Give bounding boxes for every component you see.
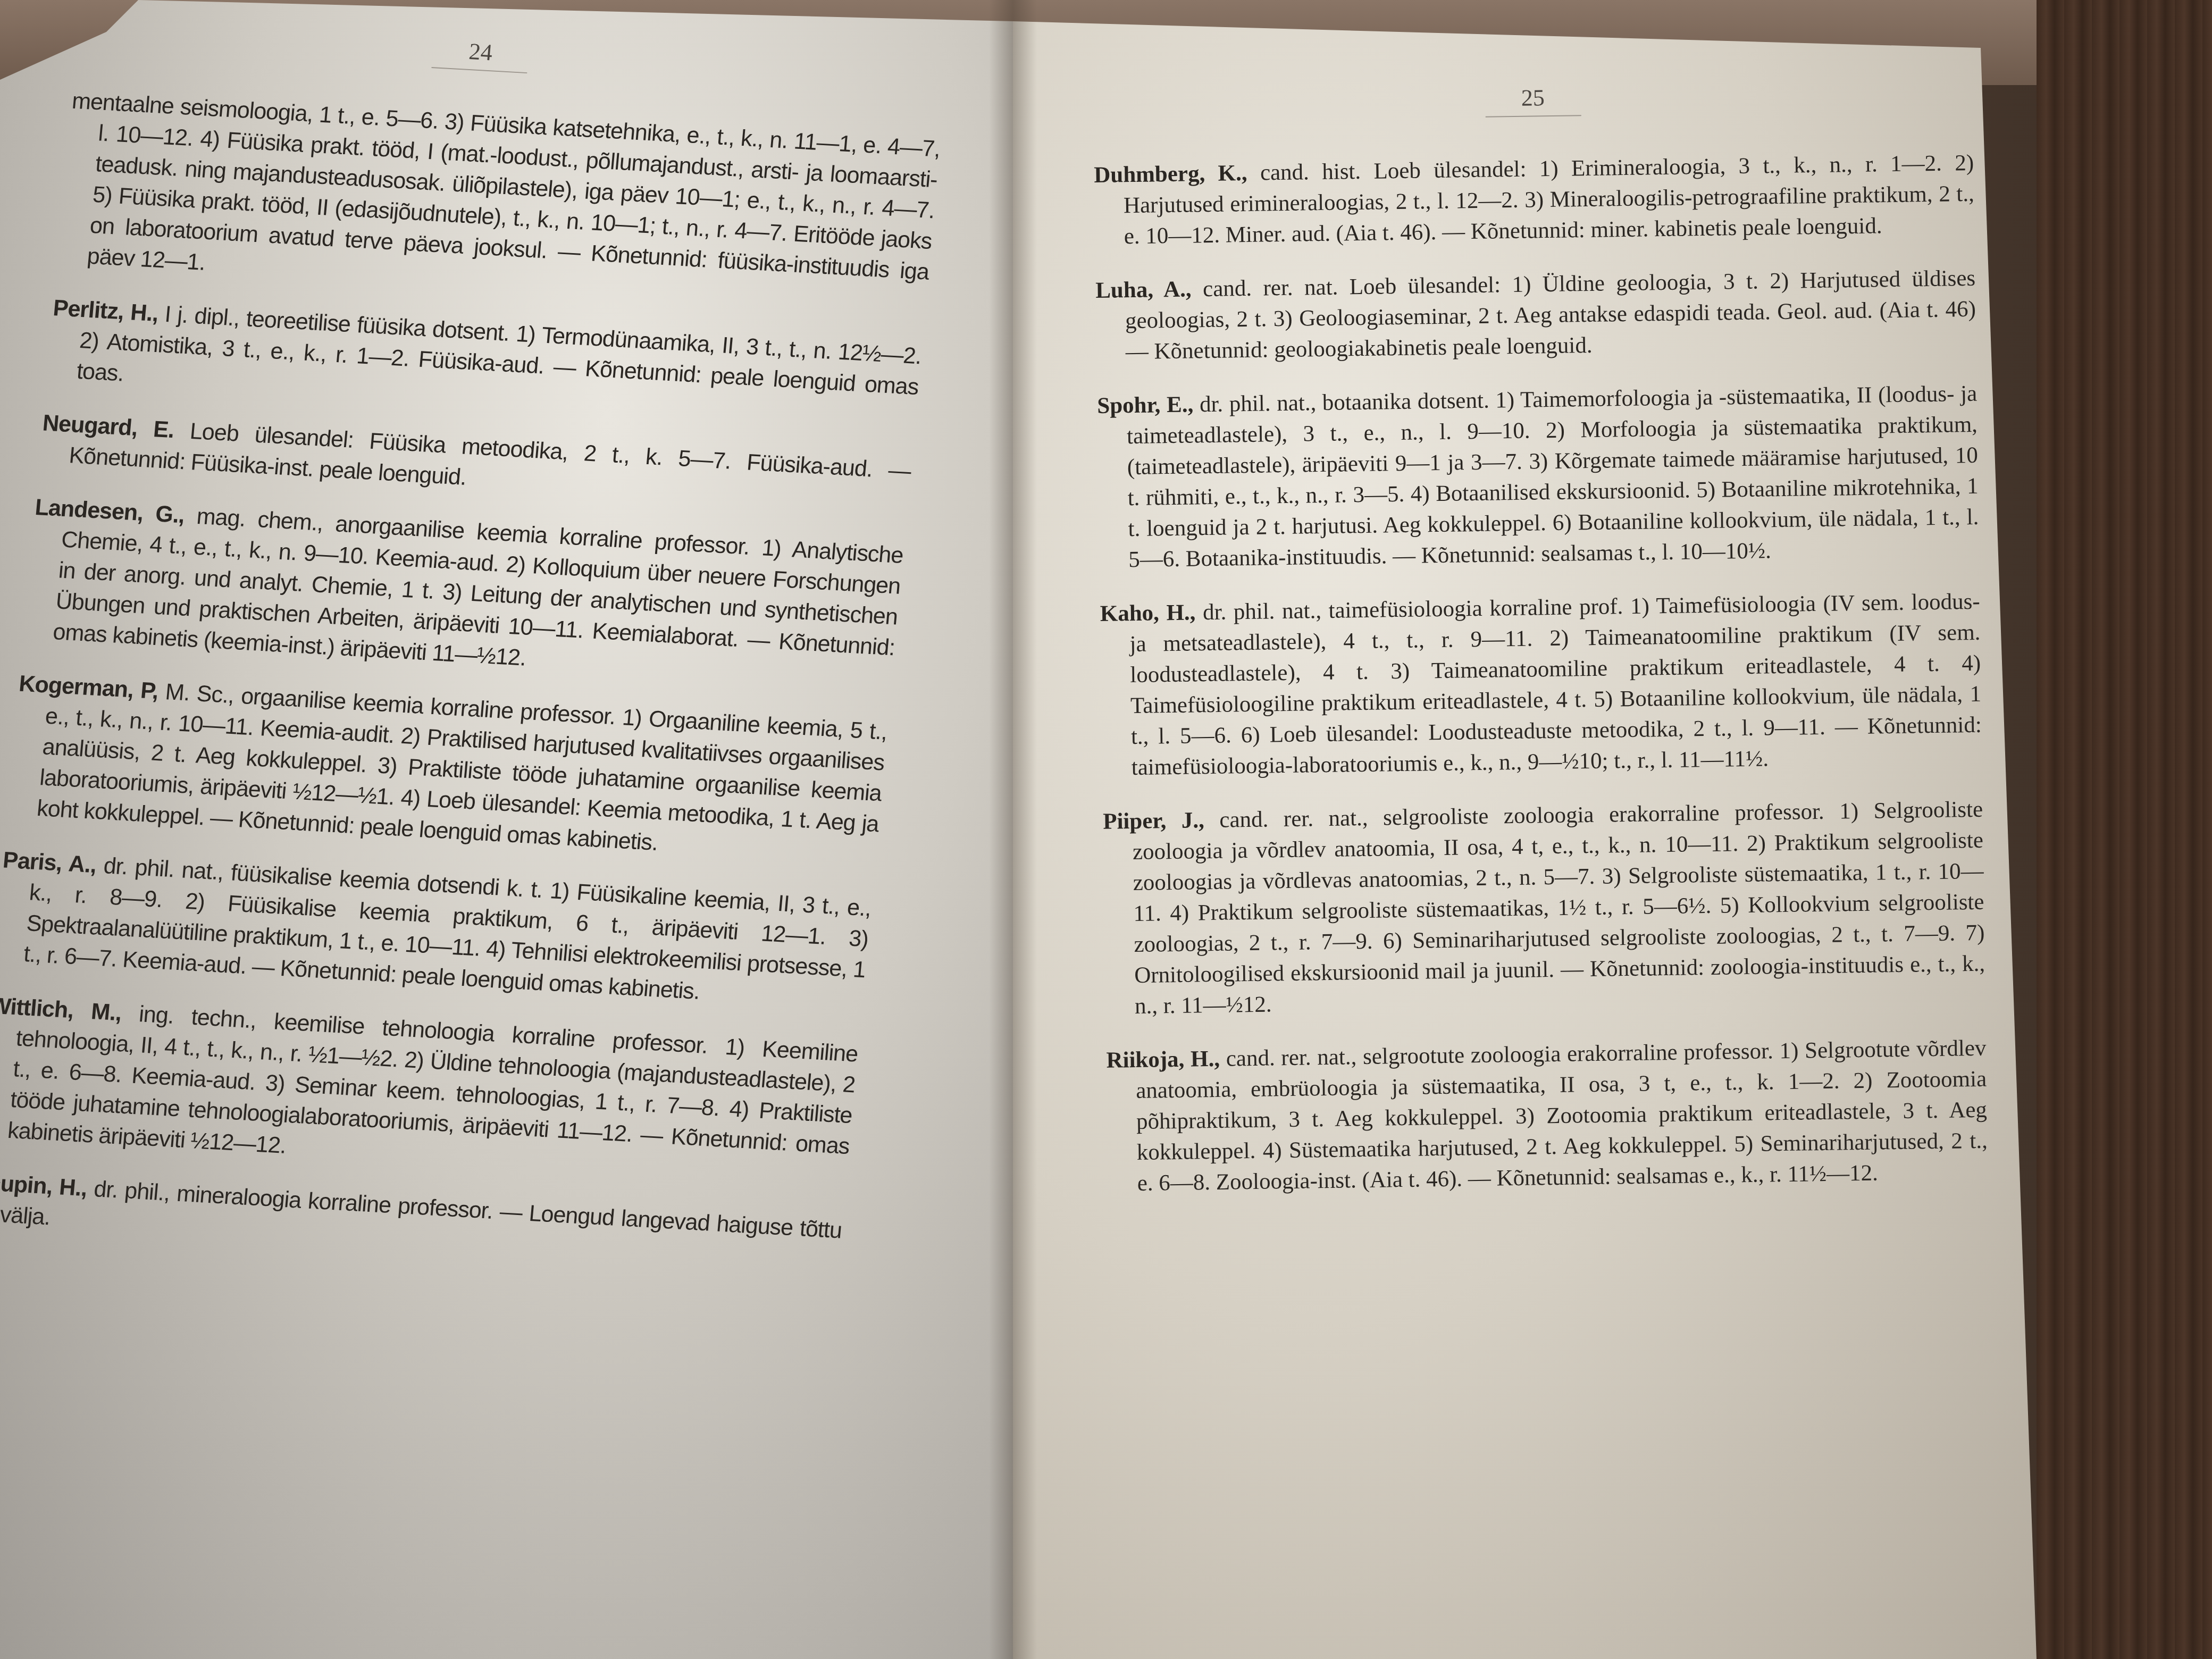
entry-text: cand. rer. nat. Loeb ülesandel: 1) Üldin… [1125,266,1976,364]
entry-text: mag. chem., anorgaanilise keemia korrali… [52,504,904,671]
left-page: 24 mentaalne seismoloogia, 1 t., e. 5—6.… [0,0,1013,1659]
entry-continuation: mentaalne seismoloogia, 1 t., e. 5—6. 3)… [57,86,942,319]
entry-text: dr. phil. nat., taimefüsioloogia korrali… [1129,589,1982,780]
entry-name: Wittlich, M., [0,993,122,1026]
entry-text: cand. rer. nat., selgrootute zooloogia e… [1136,1036,1988,1196]
header-rule [431,67,527,73]
entry-perlitz: Perlitz, H., I j. dipl., teoreetilise fü… [46,292,923,433]
entry-name: Landesen, G., [34,495,186,529]
entry-name: Duhmberg, K., [1094,161,1247,188]
left-page-content: 24 mentaalne seismoloogia, 1 t., e. 5—6.… [0,16,948,1277]
entry-kogerman: Kogerman, P, M. Sc., orgaanilise keemia … [6,668,889,870]
page-number: 24 [14,12,948,91]
entry-text: dr. phil. nat., botaanika dotsent. 1) Ta… [1127,381,1979,572]
entry-name: Neugard, E. [41,410,175,443]
right-page-content: 25 Duhmberg, K., cand. hist. Loeb ülesan… [1093,78,1988,1200]
entry-text: I j. dipl., teoreetilise füüsika dotsent… [76,301,922,400]
entry-text: Loeb ülesandel: Füüsika metoodika, 2 t.,… [68,418,912,490]
entry-riikoja: Riikoja, H., cand. rer. nat., selgrootut… [1106,1033,1988,1200]
entry-text: cand. rer. nat., selgrooliste zooloogia … [1133,797,1985,1019]
entry-name: Kogerman, P, [18,671,160,704]
open-book: 24 mentaalne seismoloogia, 1 t., e. 5—6.… [0,0,2212,1659]
entry-name: Riikoja, H., [1106,1046,1220,1073]
entry-name: Piiper, J., [1103,808,1204,834]
entry-name: Kaho, H., [1100,600,1195,626]
entry-name: Scupin, H., [0,1169,88,1201]
entry-piiper: Piiper, J., cand. rer. nat., selgroolist… [1103,794,1986,1023]
entry-text: M. Sc., orgaanilise keemia korraline pro… [36,679,888,856]
header-rule [1485,115,1581,118]
right-page: 25 Duhmberg, K., cand. hist. Loeb ülesan… [1013,0,2037,1659]
entry-kaho: Kaho, H., dr. phil. nat., taimefüsioloog… [1100,586,1982,784]
entry-spohr: Spohr, E., dr. phil. nat., botaanika dot… [1097,379,1980,576]
entry-wittlich: Wittlich, M., ing. techn., keemilise teh… [0,991,859,1193]
entry-text: ing. techn., keemilise tehnoloogia korra… [6,1001,859,1159]
entry-name: Luha, A., [1095,276,1192,303]
entry-paris: Paris, A., dr. phil. nat., füüsikalise k… [0,845,873,1016]
entry-name: Perlitz, H., [52,295,160,326]
page-number: 25 [1093,78,1973,118]
entry-name: Spohr, E., [1097,392,1194,418]
entry-duhmberg: Duhmberg, K., cand. hist. Loeb ülesandel… [1094,148,1975,253]
entry-text: dr. phil. nat., füüsikalise keemia dotse… [22,853,872,1004]
entry-text: mentaalne seismoloogia, 1 t., e. 5—6. 3)… [71,88,941,285]
entry-landesen: Landesen, G., mag. chem., anorgaanilise … [22,492,904,694]
entry-text: dr. phil., mineraloogia korraline profes… [0,1176,843,1243]
entry-text: cand. hist. Loeb ülesandel: 1) Eriminera… [1124,150,1975,249]
entry-name: Paris, A., [2,847,97,878]
entry-luha: Luha, A., cand. rer. nat. Loeb ülesandel… [1095,263,1976,368]
